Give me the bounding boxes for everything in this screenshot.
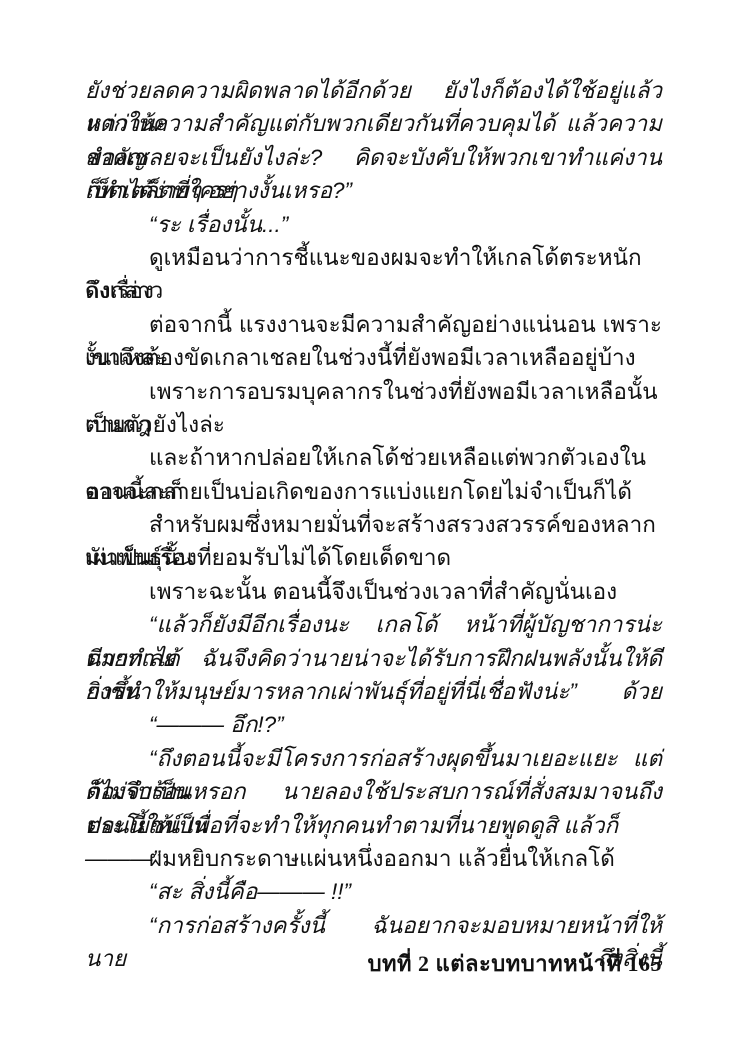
text-line: ต้องรีบร้อนหรอก นายลองใช้ประสบการณ์ที่สั… bbox=[85, 775, 662, 808]
text-line: ของเชลยจะเป็นยังไงล่ะ? คิดจะบังคับให้พวก… bbox=[85, 141, 662, 174]
page-text: ยังช่วยลดความผิดพลาดได้อีกด้วย ยังไงก็ต้… bbox=[85, 74, 662, 942]
text-line: ดูเหมือนว่าการชี้แนะของผมจะทำให้เกลโด้ตร… bbox=[85, 241, 662, 274]
text-line: ตายตัวยังไงล่ะ bbox=[85, 408, 662, 441]
text-line: มันเป็นเรื่องที่ยอมรับไม่ได้โดยเด็ดขาด bbox=[85, 541, 662, 574]
text-line: ผมหยิบกระดาษแผ่นหนึ่งออกมา แล้วยื่นให้เก… bbox=[85, 842, 662, 875]
text-line: “การก่อสร้างครั้งนี้ ฉันอยากจะมอบหมายหน้… bbox=[85, 909, 662, 942]
text-line: ดังกล่าว bbox=[85, 274, 662, 307]
text-line: “ระ เรื่องนั้น...” bbox=[85, 208, 662, 241]
text-line: ประโยชน์ เพื่อที่จะทำให้ทุกคนทำตามที่นาย… bbox=[85, 809, 662, 842]
text-line: “ถึงตอนนี้จะมีโครงการก่อสร้างผุดขึ้นมาเย… bbox=[85, 742, 662, 775]
text-line: เพราะการอบรมบุคลากรในช่วงที่ยังพอมีเวลาเ… bbox=[85, 375, 662, 408]
text-line: ดีมากเลย ฉันจึงคิดว่านายน่าจะได้รับการฝึ… bbox=[85, 642, 662, 675]
book-page: ยังช่วยลดความผิดพลาดได้อีกด้วย ยังไงก็ต้… bbox=[0, 0, 738, 1051]
text-line: “สะ สิ่งนี้คือ——— !!” bbox=[85, 875, 662, 908]
text-line: “——— อึก!?” bbox=[85, 708, 662, 741]
text-line: เพราะฉะนั้น ตอนนี้จึงเป็นช่วงเวลาที่สำคั… bbox=[85, 575, 662, 608]
text-line: หากให้ความสำคัญแต่กับพวกเดียวกันที่ควบคุ… bbox=[85, 107, 662, 140]
text-line: “แล้วก็ยังมีอีกเรื่องนะ เกลโด้ หน้าที่ผู… bbox=[85, 608, 662, 641]
text-line: ก็ทำได้ง่ายๆ อย่างงั้นเหรอ?” bbox=[85, 174, 662, 207]
text-line: สำหรับผมซึ่งหมายมั่นที่จะสร้างสรวงสวรรค์… bbox=[85, 508, 662, 541]
text-line: และถ้าหากปล่อยให้เกลโด้ช่วยเหลือแต่พวกตั… bbox=[85, 441, 662, 474]
text-line: เขาจึงต้องขัดเกลาเชลยในช่วงนี้ที่ยังพอมี… bbox=[85, 341, 662, 374]
text-line: ยังช่วยลดความผิดพลาดได้อีกด้วย ยังไงก็ต้… bbox=[85, 74, 662, 107]
text-line: อาจจะกลายเป็นบ่อเกิดของการแบ่งแยกโดยไม่จ… bbox=[85, 475, 662, 508]
text-line: ต่อจากนี้ แรงงานจะมีความสำคัญอย่างแน่นอน… bbox=[85, 308, 662, 341]
page-footer: บทที่ 2 แต่ละบทบาทหน้าที่ 165 bbox=[85, 947, 662, 980]
text-line: การทำให้มนุษย์มารหลากเผ่าพันธุ์ที่อยู่ที… bbox=[85, 675, 662, 708]
